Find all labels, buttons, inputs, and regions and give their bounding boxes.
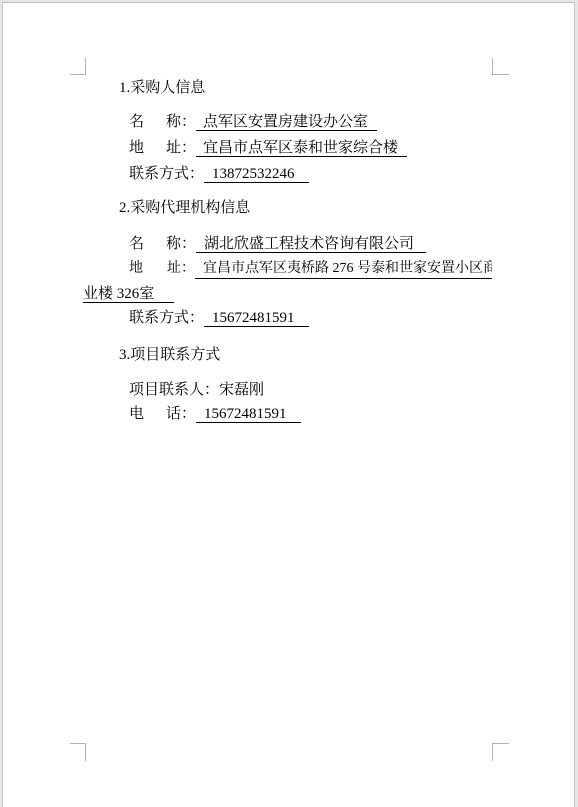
field-value: 湖北欣盛工程技术咨询有限公司 (196, 236, 426, 253)
field-value: 宋磊刚 (219, 382, 264, 398)
field-row-agency-contact: 联系方式：15672481591 (129, 309, 309, 327)
field-value: 15672481591 (196, 406, 301, 423)
field-row-project-contact-person: 项目联系人：宋磊刚 (129, 381, 264, 399)
field-row-project-phone: 电话：15672481591 (129, 405, 301, 423)
document-viewer: 1.采购人信息 名称：点军区安置房建设办公室 地址：宜昌市点军区泰和世家综合楼 … (0, 0, 578, 807)
field-value: 宜昌市点军区夷桥路 276 号泰和世家安置小区商 (195, 260, 492, 279)
field-value: 点军区安置房建设办公室 (196, 114, 377, 131)
field-row-purchaser-contact: 联系方式：13872532246 (129, 165, 309, 183)
field-label: 地址 (129, 260, 181, 279)
field-row-agency-address-continuation: 业楼 326室 (83, 285, 174, 303)
field-colon: ： (181, 260, 195, 279)
margin-mark-bottom-right-icon (492, 743, 509, 761)
field-label: 名称 (129, 113, 181, 131)
field-colon: ： (181, 236, 196, 252)
field-label: 名称 (129, 235, 181, 253)
field-colon: ： (189, 166, 204, 182)
field-colon: ： (189, 310, 204, 326)
field-colon: ： (204, 382, 219, 398)
margin-mark-bottom-left-icon (70, 743, 86, 761)
margin-mark-top-left-icon (70, 58, 86, 75)
section-2-heading: 2.采购代理机构信息 (119, 199, 250, 217)
field-label: 地址 (129, 139, 181, 157)
field-row-agency-name: 名称：湖北欣盛工程技术咨询有限公司 (129, 235, 426, 253)
field-colon: ： (181, 114, 196, 130)
field-label: 联系方式 (129, 165, 189, 183)
field-row-purchaser-name: 名称：点军区安置房建设办公室 (129, 113, 377, 131)
field-label: 项目联系人 (129, 381, 204, 399)
field-colon: ： (181, 406, 196, 422)
document-page[interactable]: 1.采购人信息 名称：点军区安置房建设办公室 地址：宜昌市点军区泰和世家综合楼 … (2, 2, 575, 807)
field-row-purchaser-address: 地址：宜昌市点军区泰和世家综合楼 (129, 139, 407, 157)
section-3-heading: 3.项目联系方式 (119, 346, 220, 364)
field-value: 13872532246 (204, 166, 309, 183)
field-label: 联系方式 (129, 309, 189, 327)
field-label: 电话 (129, 405, 181, 423)
field-value-continuation: 业楼 326室 (83, 286, 174, 303)
section-1-heading: 1.采购人信息 (119, 79, 205, 97)
field-colon: ： (181, 140, 196, 156)
field-row-agency-address: 地址：宜昌市点军区夷桥路 276 号泰和世家安置小区商 (129, 260, 492, 279)
field-value: 宜昌市点军区泰和世家综合楼 (196, 140, 407, 157)
margin-mark-top-right-icon (492, 58, 509, 75)
field-value: 15672481591 (204, 310, 309, 327)
